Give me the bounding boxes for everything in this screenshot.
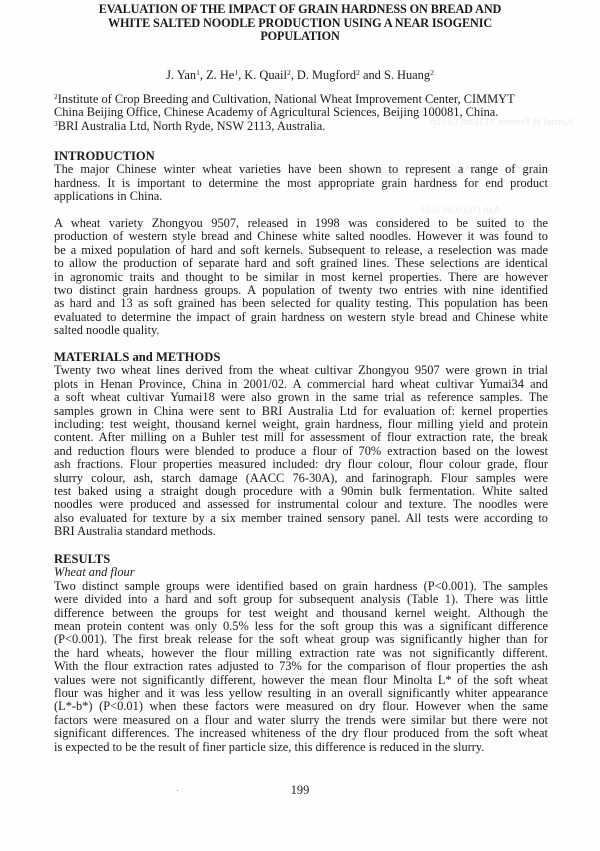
body-line: be a mixed population of hard and soft k… [54, 244, 548, 257]
body-line: samples grown in China were sent to BRI … [54, 405, 548, 418]
section-heading: INTRODUCTION [54, 150, 548, 163]
body-line: in agronomic traits and thought to be si… [54, 271, 548, 284]
body-line: plots in Henan Province, China in 2001/0… [54, 378, 548, 391]
body-line: applications in China. [54, 190, 548, 203]
body-line: mean protein content was only 0.5% less … [54, 620, 548, 633]
body-line: values were not significantly different,… [54, 674, 548, 687]
author-name: S. Huang [384, 68, 430, 82]
body-line: to allow the production of separate hard… [54, 257, 548, 270]
author-name: D. Mugford [297, 68, 356, 82]
affiliations: 2Institute of Crop Breeding and Cultivat… [54, 93, 554, 133]
body-line: flour was higher and it was less yellow … [54, 687, 548, 700]
title-line: WHITE SALTED NOODLE PRODUCTION USING A N… [0, 17, 600, 31]
body-line: evaluated to determine the impact of gra… [54, 311, 548, 324]
body-line: a soft wheat cultivar Yumai18 were also … [54, 391, 548, 404]
subsection-heading: Wheat and flour [54, 566, 548, 579]
body-line: production of western style bread and Ch… [54, 230, 548, 243]
body-line: Two distinct sample groups were identifi… [54, 580, 548, 593]
body-line: the hard wheats, however the flour milli… [54, 647, 548, 660]
introduction-section: INTRODUCTION The major Chinese winter wh… [54, 150, 548, 337]
body-line: also evaluated for texture by a six memb… [54, 512, 548, 525]
section-heading: RESULTS [54, 553, 548, 566]
paper-title: EVALUATION OF THE IMPACT OF GRAIN HARDNE… [0, 3, 600, 44]
body-line: Twenty two wheat lines derived from the … [54, 364, 548, 377]
body-line: BRI Australia standard methods. [54, 525, 548, 538]
body-line: With the flour extraction rates adjusted… [54, 660, 548, 673]
body-line: ash fractions. Flour properties measured… [54, 458, 548, 471]
body-line: two distinct grain hardness groups. A po… [54, 284, 548, 297]
page-number: 199 [0, 783, 600, 798]
body-line: including: test weight, thousand kernel … [54, 418, 548, 431]
body-line: noodles were produced and assessed for i… [54, 498, 548, 511]
body-line: A wheat variety Zhongyou 9507, released … [54, 217, 548, 230]
affiliation-line: 3BRI Australia Ltd, North Ryde, NSW 2113… [54, 120, 554, 133]
body-line: and reduction flours were blended to pro… [54, 445, 548, 458]
body-line: hardness. It is important to determine t… [54, 177, 548, 190]
results-section: RESULTS Wheat and flour Two distinct sam… [54, 553, 548, 754]
affiliation-text: Institute of Crop Breeding and Cultivati… [58, 92, 515, 106]
body-line: as hard and 13 as soft grained has been … [54, 297, 548, 310]
body-line: (P<0.001). The first break release for t… [54, 633, 548, 646]
body-line: test baked using a straight dough proced… [54, 485, 548, 498]
body-line: salted noodle quality. [54, 324, 548, 337]
body-line: (L*-b*) (P<0.01) when these factors were… [54, 700, 548, 713]
title-line: POPULATION [0, 30, 600, 44]
body-line: is expected to be the result of finer pa… [54, 741, 548, 754]
affiliation-text: BRI Australia Ltd, North Ryde, NSW 2113,… [58, 119, 326, 133]
section-heading: MATERIALS and METHODS [54, 351, 548, 364]
author-name: J. Yan [166, 68, 196, 82]
author-list: J. Yan1, Z. He1, K. Quail2, D. Mugford2 … [0, 68, 600, 82]
body-line: were divided into a hard and soft group … [54, 593, 548, 606]
body-line: content. After milling on a Buhler test … [54, 431, 548, 444]
affiliation-line: China Beijing Office, Chinese Academy of… [54, 106, 554, 119]
author-name: K. Quail [244, 68, 287, 82]
author-separator: and [360, 68, 384, 82]
body-line: difference between the groups for test w… [54, 607, 548, 620]
author-affiliation-marker: 2 [430, 68, 434, 77]
body-line: slurry colour, ash, starch damage (AACC … [54, 472, 548, 485]
methods-section: MATERIALS and METHODS Twenty two wheat l… [54, 351, 548, 538]
author-name: Z. He [206, 68, 234, 82]
body-line: The major Chinese winter wheat varieties… [54, 163, 548, 176]
affiliation-line: 2Institute of Crop Breeding and Cultivat… [54, 93, 554, 106]
body-line: factors were measured on a flour and wat… [54, 714, 548, 727]
body-line: significant differences. The increased w… [54, 727, 548, 740]
title-line: EVALUATION OF THE IMPACT OF GRAIN HARDNE… [0, 3, 600, 17]
